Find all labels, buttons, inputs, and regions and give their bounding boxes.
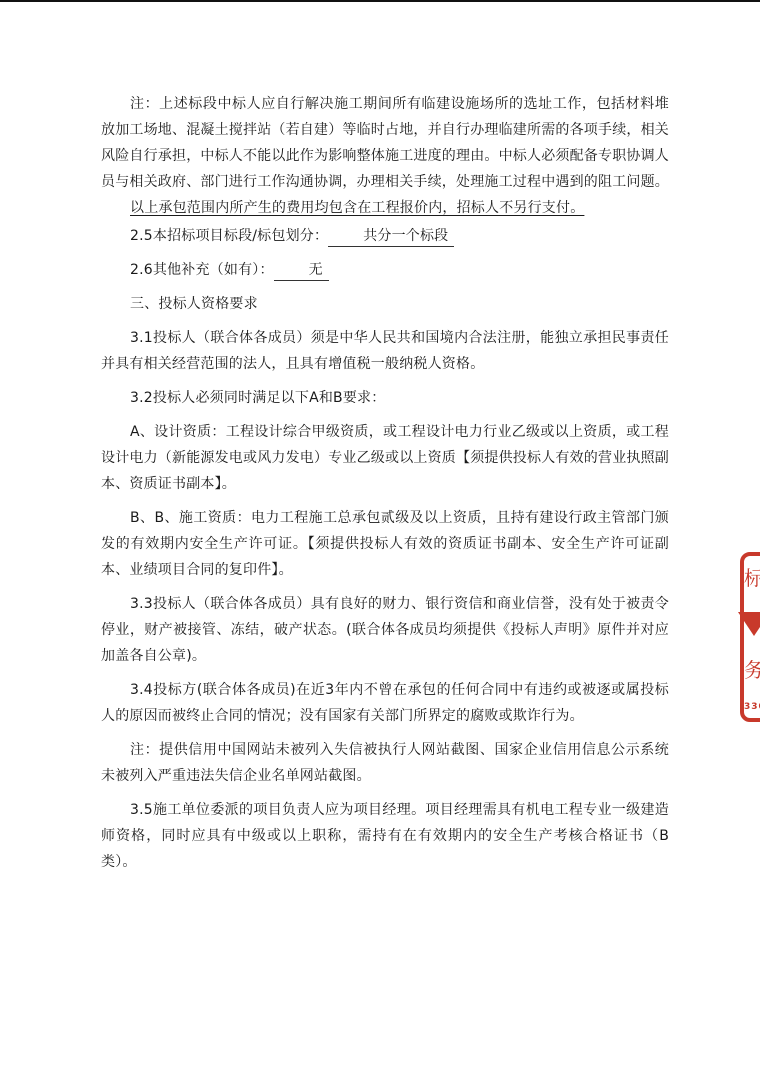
paragraph-2-5: 2.5本招标项目标段/标包划分：共分一个标段 <box>101 223 669 249</box>
paragraph-site-note: 注：上述标段中标人应自行解决施工期间所有临建设施场所的选址工作，包括材料堆放加工… <box>101 91 669 195</box>
paragraph-3-2-b: B、B、施工资质：电力工程施工总承包贰级及以上资质，且持有建设行政主管部门颁发的… <box>101 505 669 583</box>
paragraph-3-1: 3.1投标人（联合体各成员）须是中华人民共和国境内合法注册，能独立承担民事责任并… <box>101 325 669 377</box>
stamp-char-1: 标 <box>744 562 760 591</box>
document-page: 注：上述标段中标人应自行解决施工期间所有临建设施场所的选址工作，包括材料堆放加工… <box>101 91 669 875</box>
paragraph-3-5: 3.5施工单位委派的项目负责人应为项目经理。项目经理需具有机电工程专业一级建造师… <box>101 797 669 875</box>
section-2-6-value: 无 <box>274 260 329 281</box>
red-seal-stamp: 标 务 330 <box>740 552 760 722</box>
paragraph-3-2: 3.2投标人必须同时满足以下A和B要求： <box>101 385 669 411</box>
section-2-6-label: 2.6其他补充（如有）： <box>130 262 274 278</box>
paragraph-credit-note: 注：提供信用中国网站未被列入失信被执行人网站截图、国家企业信用信息公示系统未被列… <box>101 737 669 789</box>
paragraph-3-3: 3.3投标人（联合体各成员）具有良好的财力、银行资信和商业信誉，没有处于被责令停… <box>101 591 669 669</box>
page-top-border <box>0 0 760 2</box>
paragraph-3-4: 3.4投标方(联合体各成员)在近3年内不曾在承包的任何合同中有违约或被逐或属投标… <box>101 677 669 729</box>
cost-note-underlined: 以上承包范围内所产生的费用均包含在工程报价内，招标人不另行支付。 <box>130 200 584 216</box>
stamp-number: 330 <box>744 702 760 712</box>
paragraph-3-2-a: A、设计资质：工程设计综合甲级资质，或工程设计电力行业乙级或以上资质，或工程设计… <box>101 419 669 497</box>
section-2-5-value: 共分一个标段 <box>328 226 454 247</box>
star-icon <box>738 612 760 636</box>
paragraph-cost-note: 以上承包范围内所产生的费用均包含在工程报价内，招标人不另行支付。 <box>101 195 669 221</box>
section-heading-3: 三、投标人资格要求 <box>101 291 669 317</box>
stamp-char-2: 务 <box>744 654 760 683</box>
section-2-5-label: 2.5本招标项目标段/标包划分： <box>130 228 328 244</box>
paragraph-2-6: 2.6其他补充（如有）：无 <box>101 257 669 283</box>
